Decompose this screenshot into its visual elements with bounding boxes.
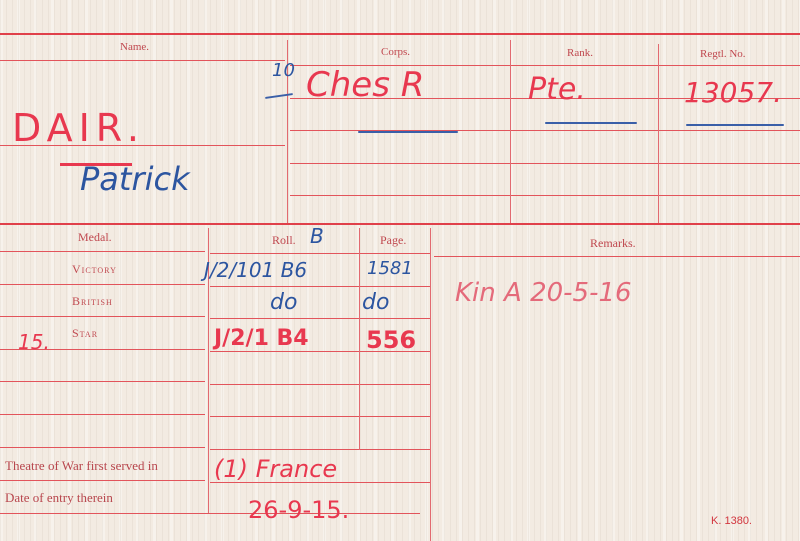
page-remarks-divider [430,228,431,541]
roll-rule-6 [210,449,430,450]
entry-date-value: 26-9-15. [248,496,349,524]
roll-annotation: B [310,224,324,248]
roll-rule-1 [210,286,430,287]
british-page-value: do [362,290,389,315]
corps-prefix-underline [265,93,293,99]
rank-header: Rank. [567,47,593,59]
left-rule-5 [0,414,205,415]
surname-value: DAIR. [12,106,145,150]
star-prefix-value: 15. [18,330,50,354]
roll-rule-2 [210,318,430,319]
section-divider-line [0,223,800,225]
left-rule-6 [0,447,205,448]
name-header-rule [0,60,285,61]
page-header: Page. [380,233,406,248]
regt-no-header: Regtl. No. [700,48,746,60]
corps-prefix-value: 10 [272,60,295,81]
corps-rank-divider [510,40,511,223]
british-roll-value: do [270,290,297,315]
left-rule-4 [0,381,205,382]
forename-initial-stroke [60,163,132,166]
regt-no-underline [686,124,784,126]
victory-roll-value: J/2/101 B6 [204,258,307,282]
roll-header: Roll. [272,233,296,248]
rank-underline [545,122,637,124]
rank-regt-divider [658,44,659,223]
roll-rule-5 [210,416,430,417]
roll-header-rule [210,253,430,254]
remarks-header: Remarks. [590,236,636,251]
top-border-line [0,33,800,35]
rank-value: Pte. [528,72,586,107]
star-roll-value: J/2/1 B4 [214,326,309,351]
name-header: Name. [120,41,149,53]
medal-label-star: Star [72,326,98,341]
remarks-value: Kin A 20-5-16 [455,278,632,308]
left-rule-8 [0,513,420,514]
right-rule-4 [290,163,800,164]
theatre-value: (1) France [214,455,337,483]
form-number: K. 1380. [711,515,752,527]
left-rule-7 [0,480,205,481]
victory-page-value: 1581 [367,258,413,279]
entry-date-label: Date of entry therein [5,490,113,506]
star-page-value: 556 [366,326,416,354]
left-rule-2 [0,316,205,317]
medal-index-card: Name. Corps. Rank. Regtl. No. DAIR. Patr… [0,0,800,541]
medal-header: Medal. [78,230,112,245]
left-rule-1 [0,284,205,285]
roll-rule-4 [210,384,430,385]
corps-header: Corps. [381,46,410,58]
medal-label-victory: Victory [72,262,117,277]
medal-header-rule [0,251,205,252]
right-rule-5 [290,195,800,196]
corps-value: Ches R [306,65,424,105]
medal-label-british: British [72,294,113,309]
corps-underline [358,131,458,133]
roll-page-divider [359,228,360,450]
regt-no-value: 13057. [684,76,782,109]
remarks-header-rule [434,256,800,257]
theatre-label: Theatre of War first served in [5,458,158,474]
